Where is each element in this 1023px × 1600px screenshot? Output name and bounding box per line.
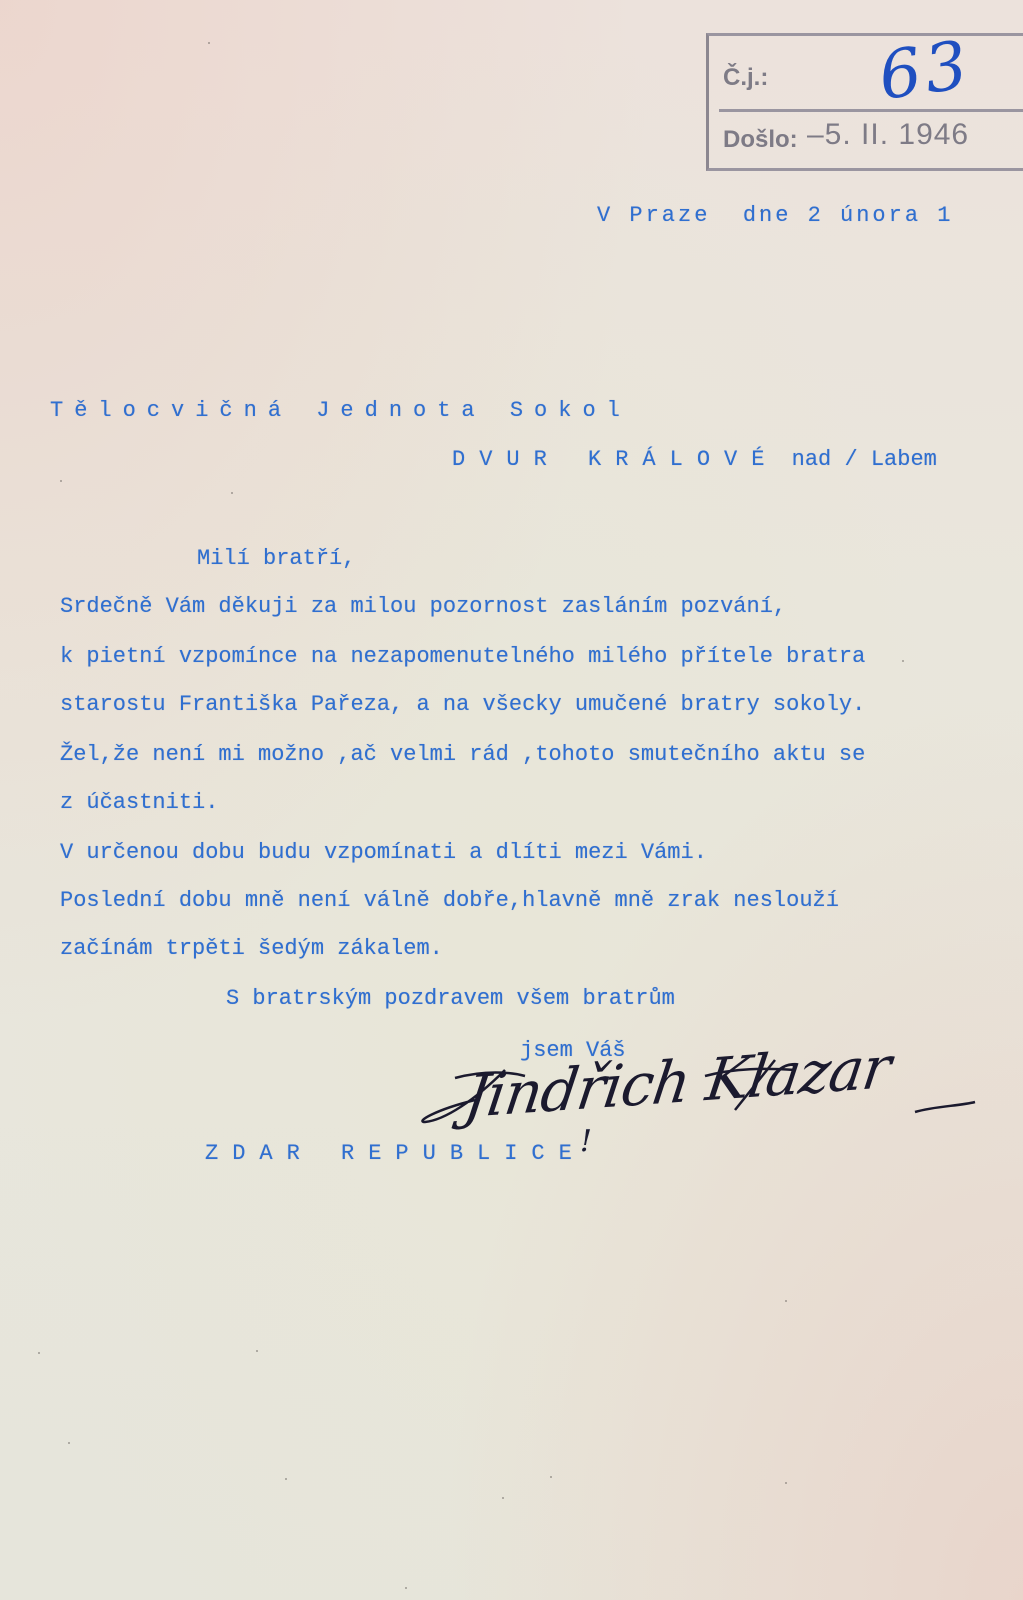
- place-date: V Praze dne 2 února 1: [597, 205, 953, 227]
- recipient-name: Tělocvičná Jednota Sokol: [50, 400, 631, 422]
- body-line: Srdečně Vám děkuji za milou pozornost za…: [60, 596, 786, 618]
- recipient-city: DVUR KRÁLOVÉ: [452, 447, 778, 472]
- registry-stamp: Č.j.: 63 Došlo: –5. II. 1946: [706, 33, 1023, 171]
- stamp-reference-number: 63: [874, 26, 976, 115]
- stamp-received-date: –5. II. 1946: [807, 118, 969, 152]
- motto-handwritten-mark: !: [580, 1124, 592, 1159]
- recipient-city-suffix: nad / Labem: [792, 447, 937, 472]
- body-line: starostu Františka Pařeza, a na všecky u…: [60, 694, 865, 716]
- body-line: z účastniti.: [60, 792, 218, 814]
- motto: ZDAR REPUBLICE: [205, 1141, 586, 1166]
- closing: S bratrským pozdravem všem bratrům: [226, 988, 675, 1010]
- body-line: k pietní vzpomínce na nezapomenutelného …: [60, 646, 865, 668]
- stamp-received-label: Došlo:: [723, 126, 798, 154]
- salutation: Milí bratří,: [197, 548, 355, 570]
- body-line: Žel,že není mi možno ,ač velmi rád ,toho…: [60, 744, 865, 766]
- recipient-address: DVUR KRÁLOVÉ nad / Labem: [452, 449, 937, 471]
- motto-line: ZDAR REPUBLICE!: [205, 1135, 598, 1165]
- stamp-divider: [719, 109, 1023, 112]
- body-line: V určenou dobu budu vzpomínati a dlíti m…: [60, 842, 707, 864]
- body-line: Poslední dobu mně není válně dobře,hlavn…: [60, 890, 839, 912]
- handwritten-signature: Jindřich Klazar: [415, 1040, 995, 1140]
- body-line: začínám trpěti šedým zákalem.: [60, 938, 443, 960]
- stamp-reference-label: Č.j.:: [723, 64, 768, 92]
- letter-page: Č.j.: 63 Došlo: –5. II. 1946 V Praze dne…: [0, 0, 1023, 1600]
